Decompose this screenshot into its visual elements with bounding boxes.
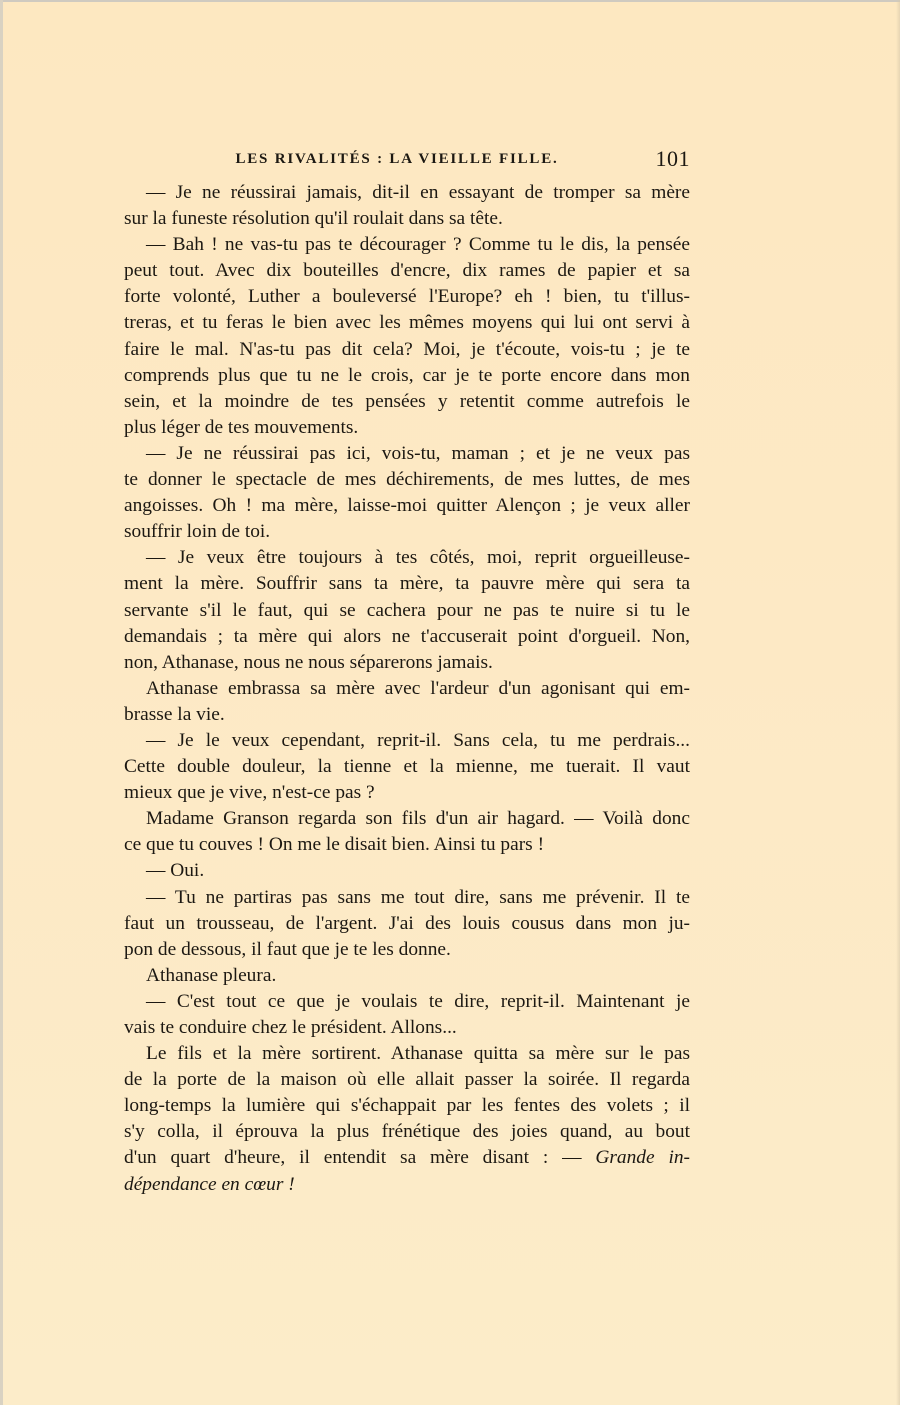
text-line: souffrir loin de toi. [124,519,690,545]
text-line: Athanase pleura. [124,963,690,989]
text-line: plus léger de tes mouvements. [124,415,690,441]
text-line: faire le mal. N'as-tu pas dit cela? Moi,… [124,337,690,363]
text-line: s'y colla, il éprouva la plus frénétique… [124,1119,690,1145]
text-line: — Je le veux cependant, reprit-il. Sans … [124,728,690,754]
text-line: comprends plus que tu ne le crois, car j… [124,363,690,389]
text-line: — Oui. [124,858,690,884]
text-line: faut un trousseau, de l'argent. J'ai des… [124,911,690,937]
text-italic: Grande in- [595,1147,690,1168]
page-header: LES RIVALITÉS : LA VIEILLE FILLE. 101 [124,146,690,174]
text-line: — Je ne réussirai jamais, dit-il en essa… [124,180,690,206]
text-line-italic: dépendance en cœur ! [124,1172,690,1198]
text-roman: d'un quart d'heure, il entendit sa mère … [124,1147,595,1168]
text-line: — Je ne réussirai pas ici, vois-tu, mama… [124,441,690,467]
book-page: LES RIVALITÉS : LA VIEILLE FILLE. 101 — … [0,0,900,1405]
text-line-mixed: d'un quart d'heure, il entendit sa mère … [124,1145,690,1171]
text-line: vais te conduire chez le président. Allo… [124,1015,690,1041]
text-line: te donner le spectacle de mes déchiremen… [124,467,690,493]
text-line: de la porte de la maison où elle allait … [124,1067,690,1093]
text-line: peut tout. Avec dix bouteilles d'encre, … [124,258,690,284]
text-line: ce que tu couves ! On me le disait bien.… [124,832,690,858]
text-line: servante s'il le faut, qui se cachera po… [124,598,690,624]
text-line: — Je veux être toujours à tes côtés, moi… [124,545,690,571]
text-line: — Bah ! ne vas-tu pas te décourager ? Co… [124,232,690,258]
running-title: LES RIVALITÉS : LA VIEILLE FILLE. [124,151,690,168]
text-line: sein, et la moindre de tes pensées y ret… [124,389,690,415]
text-line: — Tu ne partiras pas sans me tout dire, … [124,885,690,911]
text-line: — C'est tout ce que je voulais te dire, … [124,989,690,1015]
body-text: — Je ne réussirai jamais, dit-il en essa… [124,180,690,1198]
text-line: Madame Granson regarda son fils d'un air… [124,806,690,832]
text-line: non, Athanase, nous ne nous séparerons j… [124,650,690,676]
text-line: Le fils et la mère sortirent. Athanase q… [124,1041,690,1067]
text-line: angoisses. Oh ! ma mère, laisse-moi quit… [124,493,690,519]
text-line: demandais ; ta mère qui alors ne t'accus… [124,624,690,650]
text-line: brasse la vie. [124,702,690,728]
text-line: forte volonté, Luther a bouleversé l'Eur… [124,284,690,310]
text-line: Cette double douleur, la tienne et la mi… [124,754,690,780]
text-line: pon de dessous, il faut que je te les do… [124,937,690,963]
text-line: sur la funeste résolution qu'il roulait … [124,206,690,232]
text-line: mieux que je vive, n'est-ce pas ? [124,780,690,806]
text-line: Athanase embrassa sa mère avec l'ardeur … [124,676,690,702]
text-line: ment la mère. Souffrir sans ta mère, ta … [124,571,690,597]
text-line: treras, et tu feras le bien avec les mêm… [124,310,690,336]
text-line: long-temps la lumière qui s'échappait pa… [124,1093,690,1119]
page-number: 101 [656,146,691,172]
